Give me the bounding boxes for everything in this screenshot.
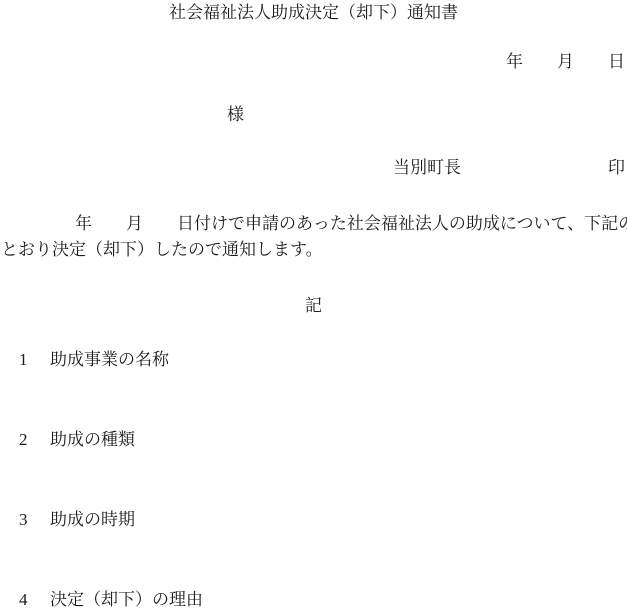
issuer-title: 当別町長 (393, 156, 461, 180)
item-4-label: 決定（却下）の理由 (50, 588, 203, 609)
date-blank-line: 年 月 日 (506, 50, 625, 74)
addressee-suffix: 様 (227, 103, 244, 127)
list-item-3: 3 助成の時期 (0, 508, 627, 532)
record-heading: 記 (0, 294, 627, 318)
item-2-label: 助成の種類 (50, 428, 135, 452)
item-1-number: 1 (19, 348, 28, 372)
list-item-1: 1 助成事業の名称 (0, 348, 627, 372)
item-3-label: 助成の時期 (50, 508, 135, 532)
item-4-number: 4 (19, 588, 28, 609)
list-item-4: 4 決定（却下）の理由 (0, 588, 627, 609)
document-title: 社会福祉法人助成決定（却下）通知書 (0, 1, 627, 25)
seal-placeholder: 印 (608, 156, 625, 180)
item-2-number: 2 (19, 428, 28, 452)
list-item-2: 2 助成の種類 (0, 428, 627, 452)
body-paragraph-line-1: 年 月 日付けで申請のあった社会福祉法人の助成について、下記の (75, 212, 627, 236)
item-3-number: 3 (19, 508, 28, 532)
notice-document: 社会福祉法人助成決定（却下）通知書 年 月 日 様 当別町長 印 年 月 日付け… (0, 0, 627, 609)
body-paragraph-line-2: とおり決定（却下）したので通知します。 (1, 238, 323, 262)
item-1-label: 助成事業の名称 (50, 348, 169, 372)
